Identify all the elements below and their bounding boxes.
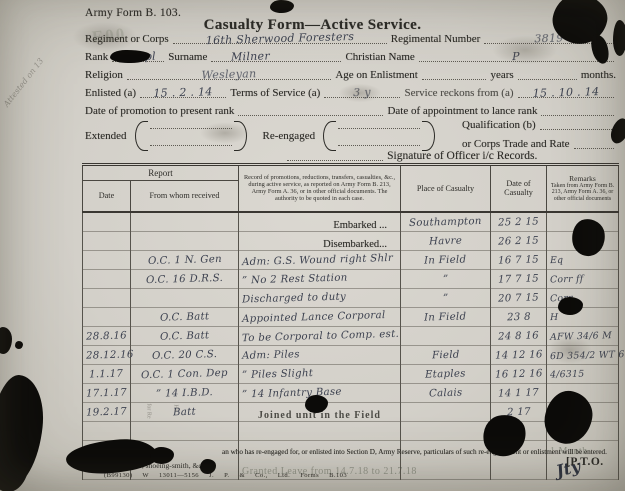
ink-blot bbox=[0, 327, 12, 354]
header-remarks: Remarks Taken from Army Form B. 213, Arm… bbox=[547, 165, 619, 212]
cell-text: 17.1.17 bbox=[86, 387, 127, 399]
cell-text: O.C. 20 C.S. bbox=[152, 349, 218, 362]
vertical-note-1: for Re bbox=[146, 403, 152, 418]
table-cell-place bbox=[401, 326, 491, 345]
table-cell-record: Adm: G.S. Wound right Shlr bbox=[239, 250, 401, 269]
cell-text: To be Corporal to Comp. est. bbox=[242, 328, 399, 343]
vertical-note-2: Ha bbox=[173, 405, 179, 412]
signature-value-line bbox=[287, 147, 383, 161]
age-label: Age on Enlistment bbox=[335, 69, 420, 81]
smudge bbox=[480, 30, 570, 70]
table-cell-date bbox=[83, 288, 131, 307]
table-row: O.C. 1 N. GenAdm: G.S. Wound right ShlrI… bbox=[83, 250, 619, 269]
cell-text: ” Piles Slight bbox=[242, 368, 313, 381]
cell-text: 14 12 16 bbox=[494, 349, 542, 361]
cell-text: ” bbox=[443, 292, 449, 303]
qualification-line: Qualification (b) bbox=[462, 116, 618, 131]
table-row: 17.1.17” 14 I.B.D.” 14 Infantry BaseCala… bbox=[83, 383, 619, 402]
cell-text: ” bbox=[443, 273, 449, 284]
signature-label: Signature of Officer i/c Records. bbox=[387, 150, 539, 162]
terms-label: Terms of Service (a) bbox=[230, 87, 322, 99]
header-date: Date bbox=[83, 181, 131, 212]
table-cell-date bbox=[83, 421, 131, 440]
header-casualty-date: Date of Casualty bbox=[491, 165, 547, 212]
enlisted-value: 15 . 2 . 14 bbox=[153, 85, 213, 100]
cell-text: O.C. 16 D.R.S. bbox=[146, 272, 223, 285]
ink-blot-rank bbox=[110, 50, 150, 63]
cell-text: ” No 2 Rest Station bbox=[242, 272, 348, 286]
header-from: From whom received bbox=[131, 181, 239, 212]
casualty-table-body: Embarked ...Southampton25 2 15Disembarke… bbox=[83, 212, 619, 480]
table-row: O.C. BattAppointed Lance CorporalIn Fiel… bbox=[83, 307, 619, 326]
cell-text: Disembarked... bbox=[242, 239, 397, 250]
header-remarks-title: Remarks bbox=[549, 174, 616, 183]
table-cell-from: O.C. 16 D.R.S. bbox=[131, 269, 239, 288]
table-cell-place: ” bbox=[401, 269, 491, 288]
religion-value: Wesleyan bbox=[202, 67, 257, 82]
regiment-value: 16th Sherwood Foresters bbox=[205, 30, 354, 47]
ink-blot bbox=[270, 0, 294, 13]
religion-value-line: Wesleyan bbox=[127, 66, 331, 80]
table-cell-from: O.C. 20 C.S. bbox=[131, 345, 239, 364]
table-cell-date: 1.1.17 bbox=[83, 364, 131, 383]
reengaged-label: Re-engaged bbox=[263, 130, 318, 142]
qualification-value-line bbox=[540, 116, 614, 130]
cell-text: 17 7 15 bbox=[498, 273, 539, 285]
qualification-label: Qualification (b) bbox=[462, 119, 538, 131]
pto-label: [P.T.O. bbox=[566, 456, 604, 468]
cell-text: 24 8 16 bbox=[498, 330, 539, 342]
cell-text: ” 14 Infantry Base bbox=[242, 386, 342, 400]
table-cell-record: ” No 2 Rest Station bbox=[239, 269, 401, 288]
table-cell-place: ” bbox=[401, 288, 491, 307]
table-cell-date bbox=[83, 231, 131, 250]
smudge bbox=[330, 80, 390, 106]
table-cell-date bbox=[83, 269, 131, 288]
table-cell-record: Adm: Piles bbox=[239, 345, 401, 364]
table-cell-place: In Field bbox=[401, 307, 491, 326]
header-report: Report bbox=[83, 165, 239, 181]
table-cell-record: To be Corporal to Comp. est. bbox=[239, 326, 401, 345]
smudge bbox=[190, 118, 260, 148]
table-cell-from: ” 14 I.B.D. bbox=[131, 383, 239, 402]
cell-text: O.C. 1 N. Gen bbox=[147, 253, 221, 266]
printer-line: (B99130) W 13011—5156 J. P. & Co., Ltd. … bbox=[104, 472, 347, 479]
age-value-line bbox=[422, 66, 487, 80]
cell-text: Adm: Piles bbox=[242, 349, 300, 362]
table-cell-cdate: 14 12 16 bbox=[491, 345, 547, 364]
table-cell-from bbox=[131, 212, 239, 232]
table-cell-place: Calais bbox=[401, 383, 491, 402]
table-cell-record: ” Piles Slight bbox=[239, 364, 401, 383]
cell-text: Adm: G.S. Wound right Shlr bbox=[242, 252, 393, 267]
footnote-a: an who has re-engaged for, or enlisted i… bbox=[222, 448, 617, 456]
cell-text: In Field bbox=[424, 254, 467, 266]
header-place: Place of Casualty bbox=[401, 165, 491, 212]
cell-text: 16 12 16 bbox=[494, 368, 542, 380]
cell-text: 23 8 bbox=[506, 311, 530, 323]
cell-text: Appointed Lance Corporal bbox=[242, 309, 386, 324]
table-cell-from: O.C. Batt bbox=[131, 307, 239, 326]
table-cell-from: O.C. 1 Con. Dep bbox=[131, 364, 239, 383]
table-row: Discharged to duty”20 7 15Corr bbox=[83, 288, 619, 307]
lance-value-line bbox=[541, 102, 614, 116]
extended-label: Extended bbox=[85, 130, 129, 142]
header-record: Record of promotions, reductions, transf… bbox=[239, 165, 401, 212]
cell-text: 16 7 15 bbox=[498, 254, 539, 266]
religion-label: Religion bbox=[85, 69, 125, 81]
cell-text: Corr ff bbox=[550, 273, 584, 285]
table-cell-place: Southampton bbox=[401, 212, 491, 232]
table-cell-place: Havre bbox=[401, 231, 491, 250]
casualty-table-header: Report Record of promotions, reductions,… bbox=[83, 165, 619, 212]
surname-label: Surname bbox=[168, 51, 209, 63]
cell-text: Embarked ... bbox=[242, 220, 397, 231]
header-remarks-sub: Taken from Army Form B. 213, Army Form A… bbox=[549, 183, 616, 203]
table-cell-date bbox=[83, 307, 131, 326]
table-cell-from bbox=[131, 231, 239, 250]
table-cell-cdate: 16 7 15 bbox=[491, 250, 547, 269]
cell-text: H bbox=[550, 311, 559, 322]
cell-text: Discharged to duty bbox=[242, 291, 346, 305]
table-cell-place bbox=[401, 440, 491, 479]
table-cell-date: 28.8.16 bbox=[83, 326, 131, 345]
table-cell-cdate: 23 8 bbox=[491, 307, 547, 326]
table-cell-date: 19.2.17 bbox=[83, 402, 131, 421]
cell-text: 25 2 15 bbox=[498, 216, 539, 228]
table-cell-record: Embarked ... bbox=[239, 212, 401, 232]
table-cell-cdate: 17 7 15 bbox=[491, 269, 547, 288]
table-row: Embarked ...Southampton25 2 15 bbox=[83, 212, 619, 232]
table-cell-record bbox=[239, 421, 401, 440]
reckons-label: Service reckons from (a) bbox=[404, 87, 515, 99]
reckons-value: 15 . 10 . 14 bbox=[532, 85, 599, 100]
table-cell-remark: H bbox=[547, 307, 619, 326]
regimental-number-label: Regimental Number bbox=[391, 33, 483, 45]
months-label: months. bbox=[581, 69, 618, 81]
cell-text: 28.8.16 bbox=[86, 330, 127, 342]
table-cell-place bbox=[401, 421, 491, 440]
table-cell-from: O.C. Batt bbox=[131, 326, 239, 345]
casualty-table: Report Record of promotions, reductions,… bbox=[82, 163, 619, 480]
cell-text: ” 14 I.B.D. bbox=[156, 387, 213, 400]
cell-text: Field bbox=[432, 349, 460, 361]
cell-text: Calais bbox=[429, 387, 463, 399]
table-cell-from bbox=[131, 288, 239, 307]
promotion-label: Date of promotion to present rank bbox=[85, 105, 236, 117]
cell-text: Etaples bbox=[425, 368, 466, 380]
cell-text: O.C. 1 Con. Dep bbox=[141, 367, 228, 380]
cell-text: In Field bbox=[424, 311, 467, 323]
table-cell-date bbox=[83, 212, 131, 232]
cell-text: Havre bbox=[429, 235, 462, 247]
table-row: 28.8.16O.C. BattTo be Corporal to Comp. … bbox=[83, 326, 619, 345]
table-cell-from bbox=[131, 421, 239, 440]
cell-text: 20 7 15 bbox=[498, 292, 539, 304]
cell-text: 19.2.17 bbox=[86, 406, 127, 418]
surname-value-line: Milner bbox=[211, 48, 341, 62]
cell-text: Eq bbox=[550, 254, 564, 265]
table-cell-remark: Corr ff bbox=[547, 269, 619, 288]
cell-text: Southampton bbox=[409, 215, 482, 228]
table-cell-place bbox=[401, 402, 491, 421]
table-row: 19.2.17BattJoined unit in the Field2 17 bbox=[83, 402, 619, 421]
years-label: years bbox=[490, 69, 515, 81]
signature-line: Signature of Officer i/c Records. bbox=[285, 147, 618, 162]
ink-blot bbox=[613, 20, 625, 56]
table-row: Disembarked...Havre26 2 15 bbox=[83, 231, 619, 250]
christian-name-label: Christian Name bbox=[345, 51, 416, 63]
table-row bbox=[83, 421, 619, 440]
cell-text: O.C. Batt bbox=[160, 330, 210, 342]
table-cell-date bbox=[83, 250, 131, 269]
table-cell-from: O.C. 1 N. Gen bbox=[131, 250, 239, 269]
table-cell-place: In Field bbox=[401, 250, 491, 269]
enlisted-value-line: 15 . 2 . 14 bbox=[140, 84, 226, 98]
table-cell-cdate: 20 7 15 bbox=[491, 288, 547, 307]
table-cell-cdate: 26 2 15 bbox=[491, 231, 547, 250]
table-row: 28.12.16O.C. 20 C.S.Adm: PilesField14 12… bbox=[83, 345, 619, 364]
ink-blot bbox=[15, 341, 23, 349]
table-cell-cdate: 16 12 16 bbox=[491, 364, 547, 383]
reckons-value-line: 15 . 10 . 14 bbox=[518, 84, 614, 98]
regiment-value-line: 16th Sherwood Foresters bbox=[173, 30, 387, 44]
table-cell-record: Disembarked... bbox=[239, 231, 401, 250]
cell-text: 28.12.16 bbox=[86, 349, 134, 361]
table-cell-place: Etaples bbox=[401, 364, 491, 383]
table-cell-cdate: 24 8 16 bbox=[491, 326, 547, 345]
enlisted-label: Enlisted (a) bbox=[85, 87, 138, 99]
table-row: O.C. 16 D.R.S.” No 2 Rest Station”17 7 1… bbox=[83, 269, 619, 288]
cell-text: 14 1 17 bbox=[498, 387, 539, 399]
surname-value: Milner bbox=[231, 49, 270, 63]
cell-text: 26 2 15 bbox=[498, 235, 539, 247]
table-cell-date: 28.12.16 bbox=[83, 345, 131, 364]
cell-text: 1.1.17 bbox=[89, 368, 123, 380]
table-row: 1.1.17O.C. 1 Con. Dep” Piles SlightEtapl… bbox=[83, 364, 619, 383]
smudge bbox=[540, 330, 600, 370]
table-cell-date: 17.1.17 bbox=[83, 383, 131, 402]
table-cell-cdate: 25 2 15 bbox=[491, 212, 547, 232]
table-cell-record: Appointed Lance Corporal bbox=[239, 307, 401, 326]
table-cell-cdate: 14 1 17 bbox=[491, 383, 547, 402]
casualty-form-scan: E00 Attested on 13 Army Form B. 103. Cas… bbox=[0, 0, 625, 491]
table-cell-place: Field bbox=[401, 345, 491, 364]
cell-text: O.C. Batt bbox=[160, 311, 210, 323]
table-cell-record: Discharged to duty bbox=[239, 288, 401, 307]
attested-pencil-note: Attested on 13 bbox=[2, 56, 46, 108]
